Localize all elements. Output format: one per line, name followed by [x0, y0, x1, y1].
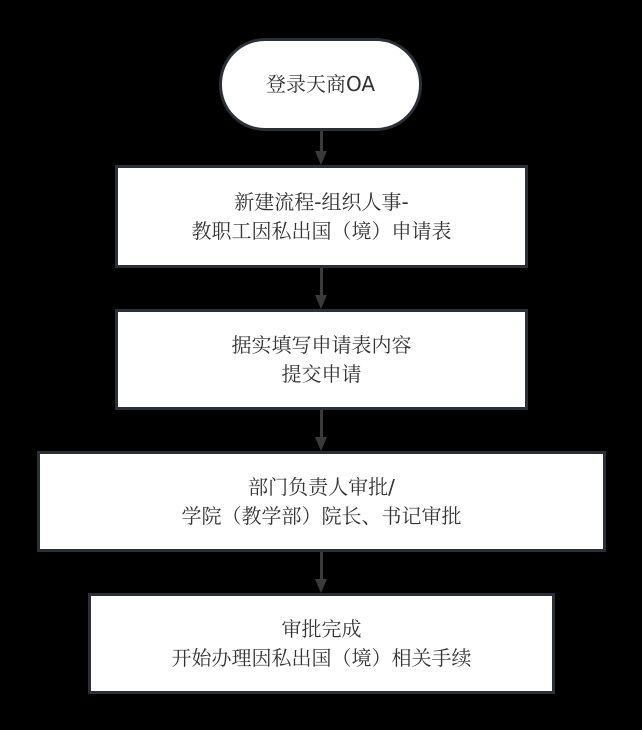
arrow-head-icon — [315, 579, 327, 593]
process-node-approval: 部门负责人审批/ 学院（教学部）院长、书记审批 — [37, 451, 606, 552]
node-label-line-1: 新建流程-组织人事- — [234, 188, 408, 217]
node-label-line-2: 学院（教学部）院长、书记审批 — [182, 502, 462, 531]
arrow-shaft — [320, 552, 323, 580]
arrow-shaft — [320, 268, 323, 296]
arrow-head-icon — [315, 151, 327, 165]
process-node-approval-complete: 审批完成 开始办理因私出国（境）相关手续 — [88, 593, 555, 694]
arrow-shaft — [320, 131, 323, 153]
process-node-fill-and-submit: 据实填写申请表内容 提交申请 — [115, 309, 528, 410]
node-label-line-1: 据实填写申请表内容 — [232, 331, 412, 360]
start-node-login-oa: 登录天商OA — [219, 38, 422, 131]
node-label-line-2: 提交申请 — [282, 360, 362, 389]
arrow-shaft — [320, 410, 323, 438]
node-label: 登录天商OA — [266, 70, 375, 99]
node-label-line-1: 审批完成 — [282, 615, 362, 644]
node-label-line-2: 开始办理因私出国（境）相关手续 — [172, 644, 472, 673]
arrow-head-icon — [315, 437, 327, 451]
arrow-head-icon — [315, 295, 327, 309]
node-label-line-1: 部门负责人审批/ — [248, 473, 395, 502]
process-node-create-application: 新建流程-组织人事- 教职工因私出国（境）申请表 — [115, 165, 528, 268]
node-label-line-2: 教职工因私出国（境）申请表 — [192, 217, 452, 246]
